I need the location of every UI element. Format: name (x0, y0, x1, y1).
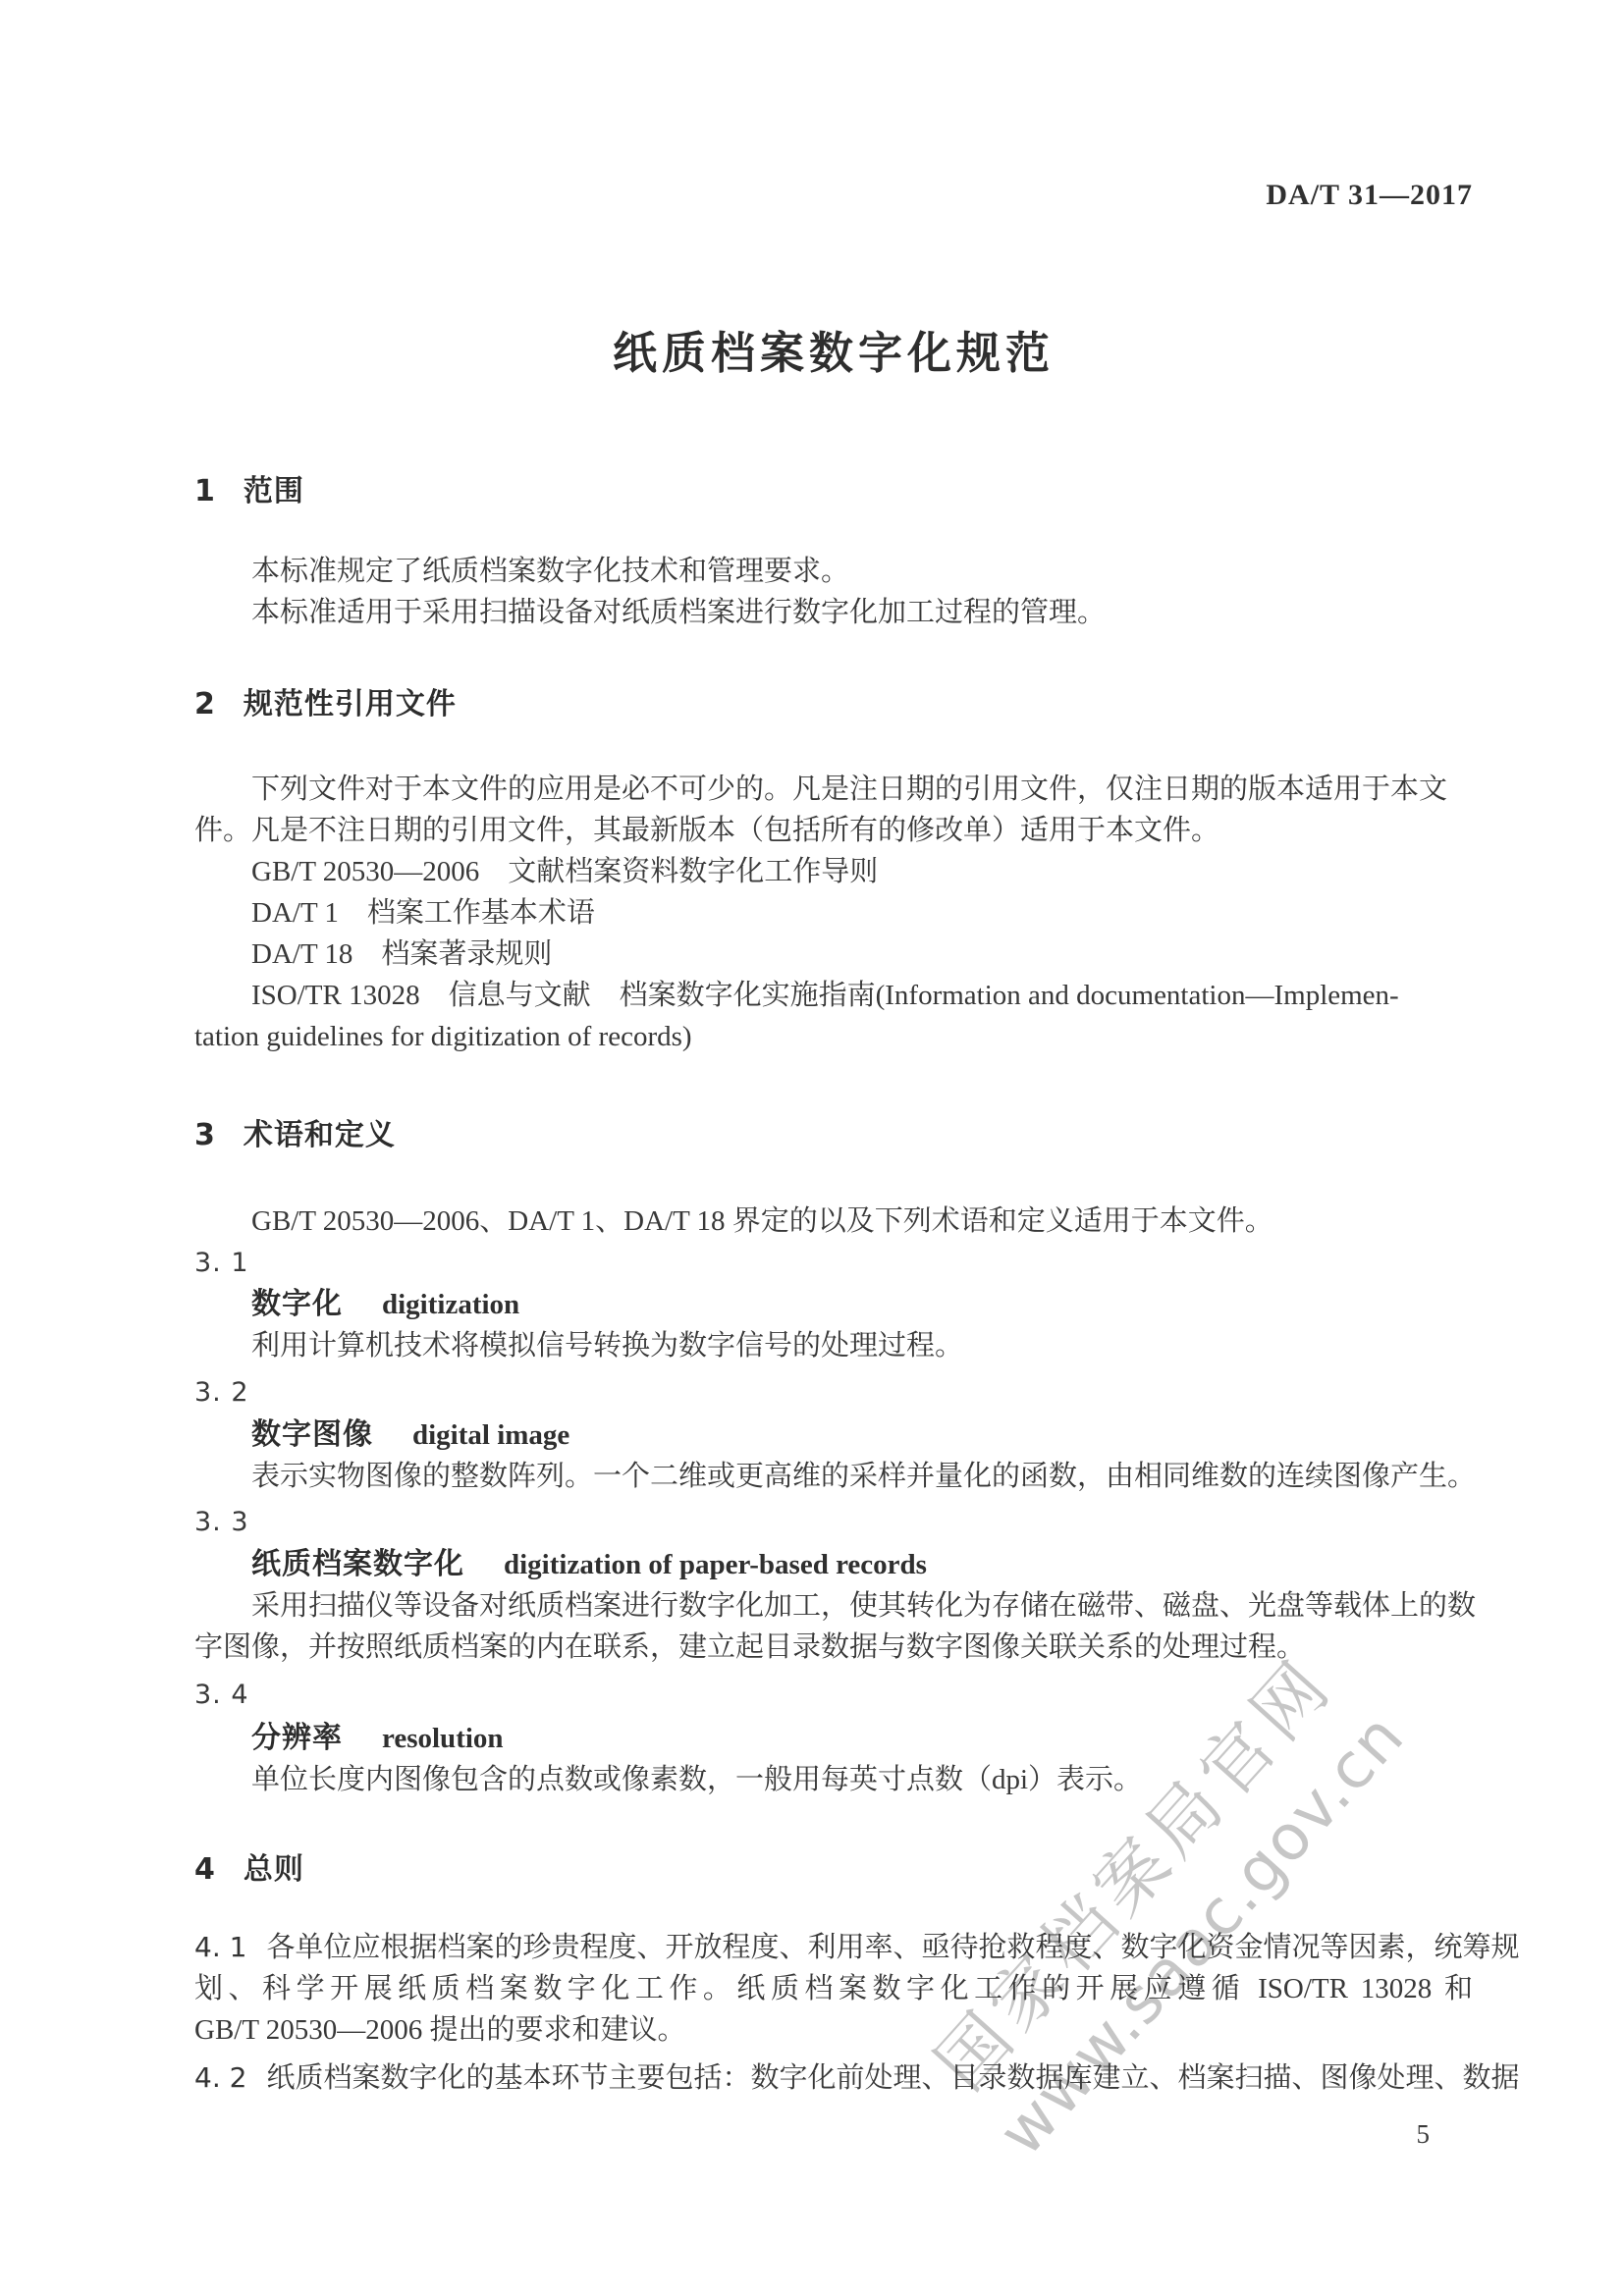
term-entry: 纸质档案数字化digitization of paper-based recor… (194, 1544, 1473, 1585)
term-entry: 分辨率resolution (194, 1718, 1473, 1759)
body-line: 表示实物图像的整数阵列。一个二维或更高维的采样并量化的函数，由相同维数的连续图像… (194, 1456, 1473, 1497)
term-zh: 纸质档案数字化 (251, 1547, 464, 1581)
paragraph: 利用计算机技术将模拟信号转换为数字信号的处理过程。 (194, 1325, 1473, 1366)
clause-paragraph: 4. 1各单位应根据档案的珍贵程度、开放程度、利用率、亟待抢救程度、数字化资金情… (194, 1927, 1473, 2051)
body-line: 4. 1各单位应根据档案的珍贵程度、开放程度、利用率、亟待抢救程度、数字化资金情… (194, 1927, 1473, 1968)
body-line: ISO/TR 13028 信息与文献 档案数字化实施指南(Information… (194, 975, 1473, 1016)
paragraph: 单位长度内图像包含的点数或像素数，一般用每英寸点数（dpi）表示。 (194, 1759, 1473, 1800)
body-line: 下列文件对于本文件的应用是必不可少的。凡是注日期的引用文件，仅注日期的版本适用于… (194, 769, 1473, 810)
term-zh: 数字图像 (251, 1417, 373, 1452)
body-line: tation guidelines for digitization of re… (194, 1016, 1473, 1057)
section-label: 术语和定义 (244, 1118, 396, 1152)
body-line: GB/T 20530—2006、DA/T 1、DA/T 18 界定的以及下列术语… (194, 1201, 1473, 1242)
body-line: 采用扫描仪等设备对纸质档案进行数字化加工，使其转化为存储在磁带、磁盘、光盘等载体… (194, 1585, 1473, 1627)
section-label: 范围 (244, 474, 304, 508)
body-line: 本标准适用于采用扫描设备对纸质档案进行数字化加工过程的管理。 (194, 592, 1473, 633)
clause-number: 4. 1 (194, 1931, 246, 1963)
body-line: 单位长度内图像包含的点数或像素数，一般用每英寸点数（dpi）表示。 (194, 1759, 1473, 1800)
body-line: DA/T 1 档案工作基本术语 (194, 892, 1473, 934)
body-line: GB/T 20530—2006 文献档案资料数字化工作导则 (194, 851, 1473, 892)
body-line: 划、科学开展纸质档案数字化工作。纸质档案数字化工作的开展应遵循 ISO/TR 1… (194, 1968, 1473, 2009)
clause-text: 各单位应根据档案的珍贵程度、开放程度、利用率、亟待抢救程度、数字化资金情况等因素… (266, 1932, 1519, 1963)
term-entry: 数字图像digital image (194, 1415, 1473, 1456)
term-en: digitization of paper-based records (504, 1549, 927, 1580)
body-line: 件。凡是不注日期的引用文件，其最新版本（包括所有的修改单）适用于本文件。 (194, 810, 1473, 851)
section-number: 1 (194, 474, 216, 508)
document-content: DA/T 31—2017纸质档案数字化规范1范围本标准规定了纸质档案数字化技术和… (0, 0, 1624, 2296)
clause-number: 3. 4 (194, 1675, 1473, 1716)
section-label: 总则 (244, 1852, 304, 1887)
paragraph: GB/T 20530—2006、DA/T 1、DA/T 18 界定的以及下列术语… (194, 1201, 1473, 1242)
clause-text: 纸质档案数字化的基本环节主要包括：数字化前处理、目录数据库建立、档案扫描、图像处… (266, 2062, 1519, 2094)
clause-number: 3. 3 (194, 1502, 1473, 1543)
section-heading: 4总则 (194, 1849, 1473, 1891)
document-title: 纸质档案数字化规范 (194, 324, 1473, 383)
document-page: 国家档案局官网 www.saac.gov.cn DA/T 31—2017纸质档案… (0, 0, 1624, 2296)
term-zh: 分辨率 (251, 1721, 343, 1755)
paragraph: 采用扫描仪等设备对纸质档案进行数字化加工，使其转化为存储在磁带、磁盘、光盘等载体… (194, 1585, 1473, 1668)
paragraph: 表示实物图像的整数阵列。一个二维或更高维的采样并量化的函数，由相同维数的连续图像… (194, 1456, 1473, 1497)
section-heading: 2规范性引用文件 (194, 684, 1473, 725)
section-number: 4 (194, 1852, 216, 1887)
paragraph: 本标准规定了纸质档案数字化技术和管理要求。本标准适用于采用扫描设备对纸质档案进行… (194, 551, 1473, 633)
term-en: resolution (382, 1723, 504, 1754)
page-number: 5 (194, 2113, 1473, 2155)
body-line: 字图像，并按照纸质档案的内在联系，建立起目录数据与数字图像关联关系的处理过程。 (194, 1627, 1473, 1668)
body-line: DA/T 18 档案著录规则 (194, 934, 1473, 975)
clause-number: 3. 1 (194, 1243, 1473, 1284)
section-number: 2 (194, 687, 216, 721)
body-line: 本标准规定了纸质档案数字化技术和管理要求。 (194, 551, 1473, 592)
term-en: digital image (412, 1419, 569, 1451)
section-label: 规范性引用文件 (244, 687, 457, 721)
body-line: GB/T 20530—2006 提出的要求和建议。 (194, 2009, 1473, 2051)
clause-number: 4. 2 (194, 2061, 246, 2094)
paragraph: 下列文件对于本文件的应用是必不可少的。凡是注日期的引用文件，仅注日期的版本适用于… (194, 769, 1473, 1057)
term-en: digitization (382, 1289, 519, 1320)
clause-paragraph: 4. 2纸质档案数字化的基本环节主要包括：数字化前处理、目录数据库建立、档案扫描… (194, 2057, 1473, 2099)
section-number: 3 (194, 1118, 216, 1152)
term-zh: 数字化 (251, 1287, 343, 1321)
section-heading: 3术语和定义 (194, 1115, 1473, 1156)
clause-number: 3. 2 (194, 1372, 1473, 1414)
section-heading: 1范围 (194, 471, 1473, 512)
doc-code: DA/T 31—2017 (194, 175, 1473, 216)
body-line: 利用计算机技术将模拟信号转换为数字信号的处理过程。 (194, 1325, 1473, 1366)
term-entry: 数字化digitization (194, 1284, 1473, 1325)
body-line: 4. 2纸质档案数字化的基本环节主要包括：数字化前处理、目录数据库建立、档案扫描… (194, 2057, 1473, 2099)
